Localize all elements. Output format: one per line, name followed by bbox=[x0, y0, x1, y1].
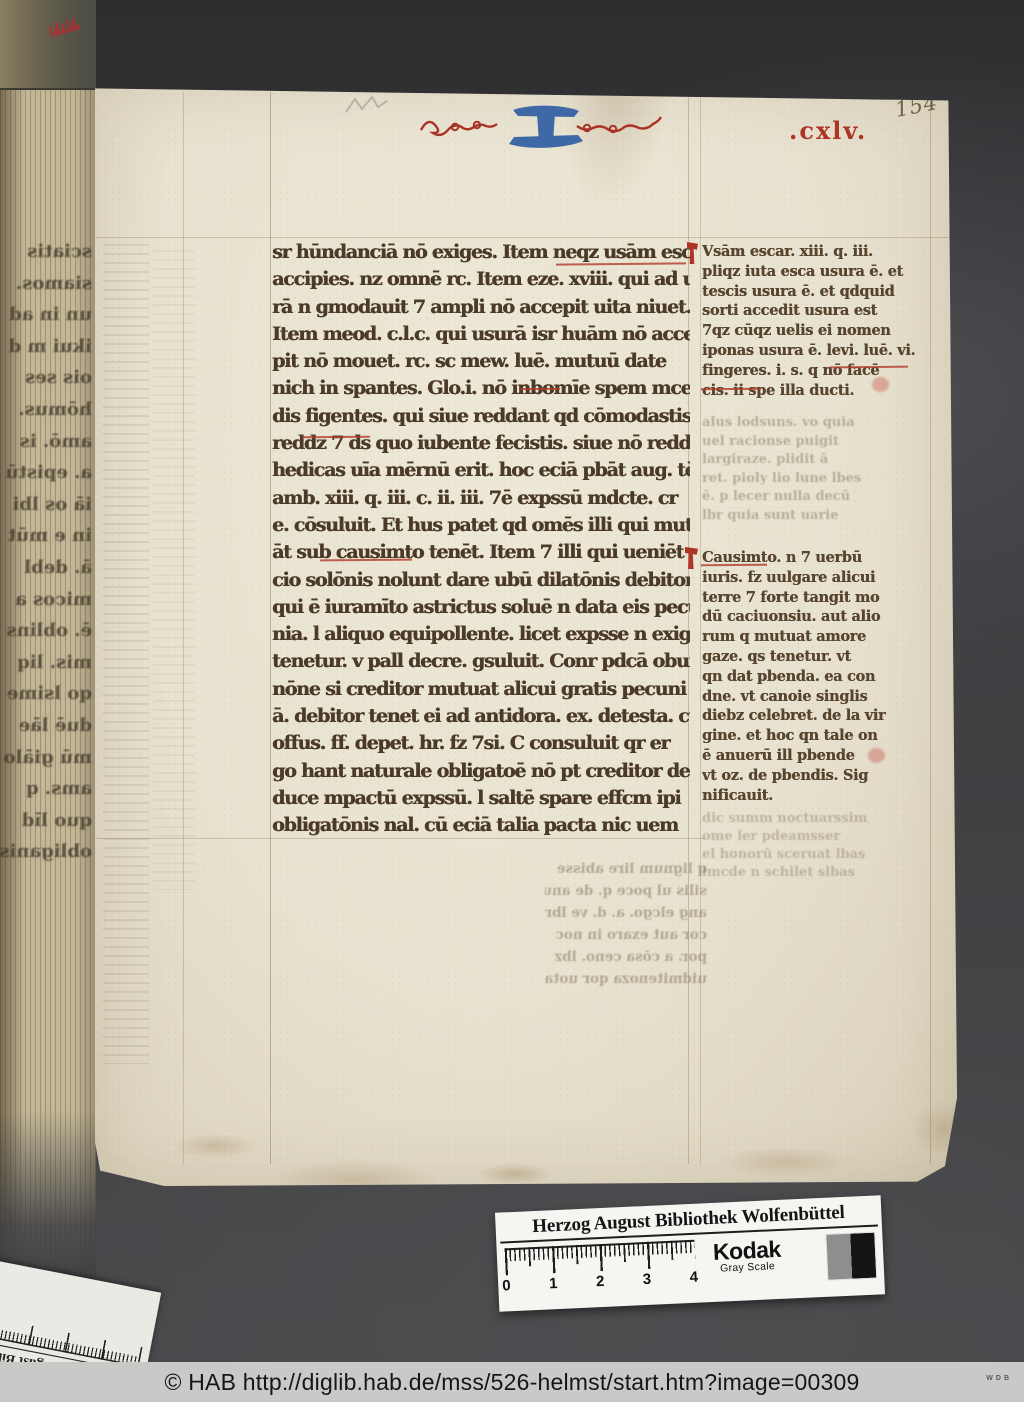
pink-wax-dot bbox=[868, 748, 885, 763]
ghost-line: imcde n schilet slbas bbox=[702, 864, 920, 882]
mirrored-text-line: sciatis bbox=[0, 236, 92, 268]
book-cover-edge bbox=[0, 0, 96, 90]
ghost-line: dic summ noctuarssim bbox=[702, 810, 920, 828]
gloss-line: ē anuerū ill pbende bbox=[702, 746, 936, 766]
showthrough-text: alus lodsuns. vo quiauel racionse puigit… bbox=[702, 414, 920, 525]
gloss-line: dne. vt canoie singlis bbox=[702, 687, 936, 707]
showthrough-text: dic summ noctuarssimome ler pdeamsserel … bbox=[702, 810, 920, 882]
blue-paraph-ornament-icon bbox=[417, 102, 663, 152]
gloss-block-upper: Vsām escar. xiii. q. iii.pliqz iuta esca… bbox=[702, 242, 936, 400]
ruling-line-vertical bbox=[700, 92, 701, 1164]
manuscript-page: .cxlv. 154 sr hūndanciā nō exiges. Item … bbox=[95, 84, 957, 1186]
caption-footer-bar: © HAB http://diglib.hab.de/mss/526-helms… bbox=[0, 1362, 1024, 1402]
gloss-line: pliqz iuta esca usura ē. et bbox=[702, 262, 936, 282]
mirrored-text-line: iā os lbi bbox=[0, 489, 92, 521]
ruler-number: 2 bbox=[596, 1273, 605, 1290]
text-line: e. cōsuluit. Et hus patet qd omēs illi q… bbox=[272, 512, 690, 539]
mirrored-text-line: duē lāe bbox=[0, 710, 92, 742]
mirrored-text-line: siamos. bbox=[0, 268, 92, 300]
mirrored-text-line: ā. debl bbox=[0, 552, 92, 584]
text-line: tenetur. v pall decre. gsuluit. Conr pdc… bbox=[272, 648, 690, 675]
text-line: cio solōnis nolunt dare ubū dilatōnis de… bbox=[272, 567, 690, 594]
text-line: obligatōnis nal. cū eciā talia pacta nic… bbox=[272, 812, 690, 839]
gloss-line: vt oz. de pbendis. Sig bbox=[702, 766, 936, 786]
pink-wax-dot bbox=[872, 377, 889, 392]
text-line: nōne si creditor mutuat alicui gratis pe… bbox=[272, 676, 690, 703]
ruling-line-horizontal bbox=[95, 237, 957, 238]
gloss-line: 7qz cūqz uelis ei nomen bbox=[702, 321, 936, 341]
mirrored-text-line: ē. oblins bbox=[0, 615, 92, 647]
mirrored-text-line: micos a bbox=[0, 584, 92, 616]
main-text-block: sr hūndanciā nō exiges. Item neqz usām e… bbox=[272, 239, 690, 840]
gray-scale-label: Gray Scale bbox=[713, 1260, 781, 1275]
text-line: rā n gmodauit 7 ampli nō accepit uita ni… bbox=[272, 294, 690, 321]
text-line: ā. debitor tenet ei ad antidora. ex. det… bbox=[272, 703, 690, 730]
digitized-manuscript-photo: sciatissiamos.un in adikui m dois seshōm… bbox=[0, 0, 1024, 1402]
ghost-line: largiraze. plidit ā bbox=[702, 451, 920, 470]
text-line: nich in spantes. Glo.i. nō inbomīe spem … bbox=[272, 375, 690, 402]
kodak-gray-scale-card: Herzog August Bibliothek Wolfenbüttel 01… bbox=[495, 1195, 885, 1311]
ghost-line: ome ler pdeamsser bbox=[702, 828, 920, 846]
ghost-line: q lignum lire abisse bbox=[545, 858, 707, 880]
ruler-number: 4 bbox=[689, 1269, 698, 1286]
ghost-line: ē. p lecer nulla decū bbox=[702, 488, 920, 507]
text-line: nia. l aliquo equipollente. licet expsse… bbox=[272, 621, 690, 648]
mirrored-text-line: mis. liq bbox=[0, 647, 92, 679]
text-line: qui ē iuramīto astrictus soluē n data ei… bbox=[272, 594, 690, 621]
text-line: Item meod. c.l.c. qui usurā isr huām nō … bbox=[272, 321, 690, 348]
ghost-line: cor aut exaro in noc bbox=[545, 924, 707, 946]
text-line: dis figentes. qui siue reddant qd cōmoda… bbox=[272, 403, 690, 430]
showthrough-mirrored-text: q lignum lire abissesilis ul poce q. de … bbox=[545, 858, 707, 990]
ghost-line: alus lodsuns. vo quia bbox=[702, 414, 920, 433]
gloss-line: gaze. qs tenetur. vt bbox=[702, 647, 936, 667]
text-line: go hant naturale obligatoē nō pt credito… bbox=[272, 758, 690, 785]
ruling-line-vertical bbox=[270, 92, 271, 1164]
ghost-line: lbr quia sunt uarie bbox=[702, 507, 920, 526]
text-line: pit nō mouet. rc. sc mew. luē. mutuū dat… bbox=[272, 348, 690, 375]
gloss-block-lower: Causimto. n 7 uerbūiuris. fz uulgare ali… bbox=[702, 548, 936, 805]
kodak-brand: Kodak Gray Scale bbox=[712, 1238, 781, 1275]
ruler-number: 3 bbox=[642, 1271, 651, 1288]
text-line: accipies. nz omnē rc. Item eze. xviii. q… bbox=[272, 266, 690, 293]
mirrored-text-line: ois ses bbox=[0, 362, 92, 394]
mirrored-text-line: qo lsime bbox=[0, 678, 92, 710]
text-line: offus. ff. depet. hr. fz 7si. C consului… bbox=[272, 730, 690, 757]
facing-page-mirrored-text: sciatissiamos.un in adikui m dois seshōm… bbox=[0, 236, 92, 886]
kodak-logo-text: Kodak bbox=[712, 1238, 781, 1263]
gloss-line: dū caciuonsiu. aut alio bbox=[702, 607, 936, 627]
ghost-line: uel racionse puigit bbox=[702, 433, 920, 452]
gloss-line: terre 7 forte tangit mo bbox=[702, 588, 936, 608]
mirrored-text-line: obliganis bbox=[0, 836, 92, 868]
text-line: reddz 7 ds quo iubente fecistis. siue nō… bbox=[272, 430, 690, 457]
book-fore-edge: sciatissiamos.un in adikui m dois seshōm… bbox=[0, 0, 96, 1295]
ruler-number: 0 bbox=[502, 1277, 511, 1294]
gloss-line: iuris. fz uulgare alicui bbox=[702, 568, 936, 588]
mirrored-text-line: ikui m d bbox=[0, 331, 92, 363]
mirrored-text-line: mū giālo bbox=[0, 742, 92, 774]
cm-ruler: 01234 bbox=[505, 1240, 703, 1301]
mirrored-text-line: in e mūt bbox=[0, 520, 92, 552]
gloss-line: cis. ii spe illa ducti. bbox=[702, 381, 936, 401]
mirrored-text-line: un in ad bbox=[0, 299, 92, 331]
showthrough-column bbox=[103, 244, 149, 1064]
copyright-url-text: © HAB http://diglib.hab.de/mss/526-helms… bbox=[0, 1362, 1024, 1402]
gloss-line: iponas usura ē. levi. luē. vi. bbox=[702, 341, 936, 361]
chapter-heading-rubric: .cxlv. bbox=[789, 116, 867, 145]
watermark-text: WDB bbox=[986, 1375, 1012, 1382]
gloss-line: nificauit. bbox=[702, 786, 936, 806]
mirrored-text-line: a. epistū bbox=[0, 457, 92, 489]
gloss-line: fingeres. i. s. q nō facē bbox=[702, 361, 936, 381]
ghost-line: el honorū sceruat lbas bbox=[702, 846, 920, 864]
gloss-line: sorti accedit usura est bbox=[702, 301, 936, 321]
rubric-underline bbox=[520, 388, 560, 390]
gloss-line: qn dat pbenda. ea con bbox=[702, 667, 936, 687]
mirrored-text-line: amō. is bbox=[0, 426, 92, 458]
text-line: āt sub causimto tenēt. Item 7 illi qui u… bbox=[272, 539, 690, 566]
gloss-line: tescis usura ē. et qdquid bbox=[702, 282, 936, 302]
showthrough-column bbox=[153, 250, 195, 890]
gloss-line: diebz celebret. de la vir bbox=[702, 706, 936, 726]
text-line: amb. xiii. q. iii. c. ii. iii. 7ē expssū… bbox=[272, 485, 690, 512]
mirrored-text-line: hōmus. bbox=[0, 394, 92, 426]
gloss-line: gine. et hoc qn tale on bbox=[702, 726, 936, 746]
ghost-line: ang elcgo. a. d. ve lbr bbox=[545, 902, 707, 924]
mirrored-text-line: quo līd bbox=[0, 805, 92, 837]
text-line: hedicas uīa mērnū erit. hoc eciā pbāt au… bbox=[272, 457, 690, 484]
gray-scale-patch bbox=[826, 1233, 876, 1280]
ghost-line: por. a cōsa ceno. lbz bbox=[545, 946, 707, 968]
pencil-mark bbox=[345, 95, 389, 117]
ghost-line: silis ul poce q. de anul bbox=[545, 880, 707, 902]
gloss-line: Vsām escar. xiii. q. iii. bbox=[702, 242, 936, 262]
gloss-line: rum q mutuat amore bbox=[702, 627, 936, 647]
text-line: duce mpactū expssū. l saltē spare effcm … bbox=[272, 785, 690, 812]
ghost-line: uidmitenoza qor uotas bbox=[545, 968, 707, 990]
mirrored-text-line: ams. q bbox=[0, 773, 92, 805]
ruler-number: 1 bbox=[549, 1275, 558, 1292]
ghost-line: ret. pioly lio lune lbes bbox=[702, 470, 920, 489]
